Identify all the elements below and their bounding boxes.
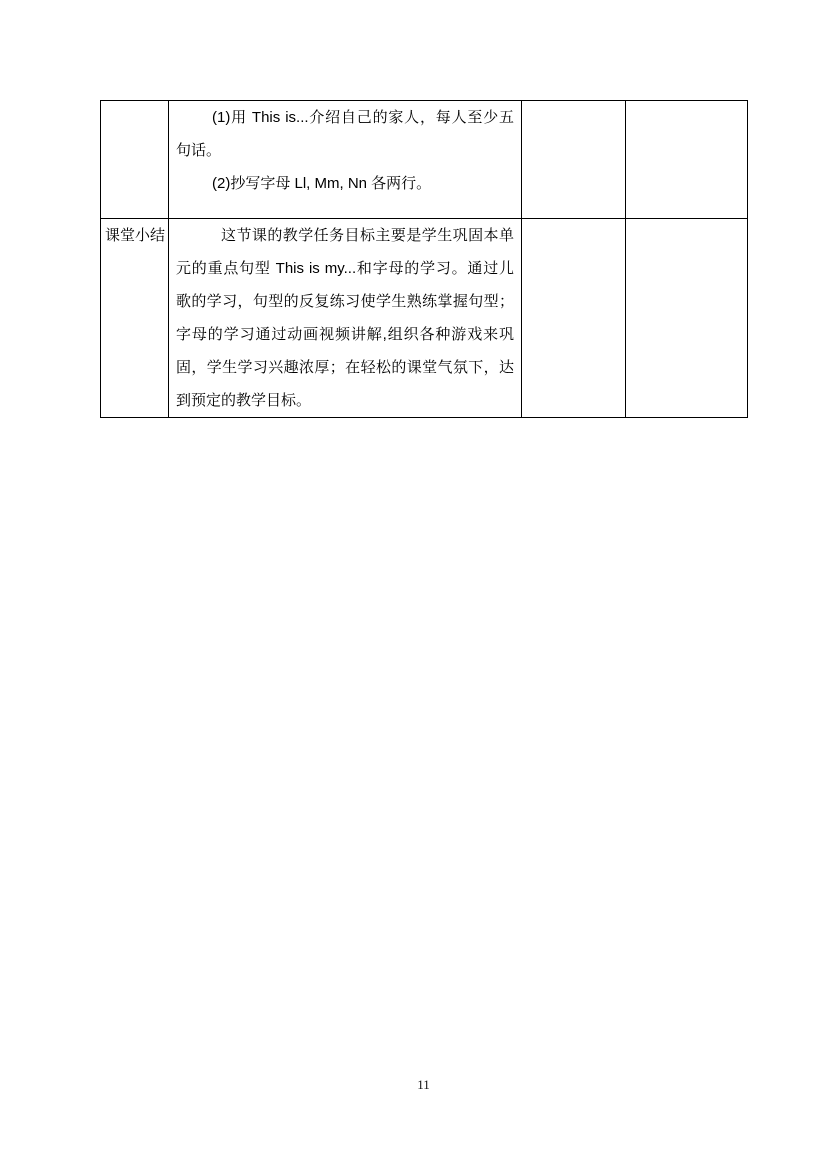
row-content-cell: 这节课的教学任务目标主要是学生巩固本单元的重点句型 This is my...和… (169, 219, 522, 418)
content-paragraph: (2)抄写字母 Ll, Mm, Nn 各两行。 (176, 167, 514, 200)
empty-cell (522, 101, 626, 219)
page-number: 11 (100, 1077, 747, 1093)
empty-cell (626, 101, 748, 219)
table-row-homework: (1)用 This is...介绍自己的家人，每人至少五句话。 (2)抄写字母 … (101, 101, 748, 219)
document-page: (1)用 This is...介绍自己的家人，每人至少五句话。 (2)抄写字母 … (0, 0, 827, 1170)
empty-cell (626, 219, 748, 418)
row-label-cell (101, 101, 169, 219)
content-paragraph: 这节课的教学任务目标主要是学生巩固本单元的重点句型 This is my...和… (176, 219, 514, 417)
row-label: 课堂小结 (105, 227, 165, 244)
empty-cell (522, 219, 626, 418)
lesson-plan-table: (1)用 This is...介绍自己的家人，每人至少五句话。 (2)抄写字母 … (100, 100, 748, 418)
row-label-cell: 课堂小结 (101, 219, 169, 418)
content-paragraph: (1)用 This is...介绍自己的家人，每人至少五句话。 (176, 101, 514, 167)
table-row-summary: 课堂小结 这节课的教学任务目标主要是学生巩固本单元的重点句型 This is m… (101, 219, 748, 418)
row-content-cell: (1)用 This is...介绍自己的家人，每人至少五句话。 (2)抄写字母 … (169, 101, 522, 219)
